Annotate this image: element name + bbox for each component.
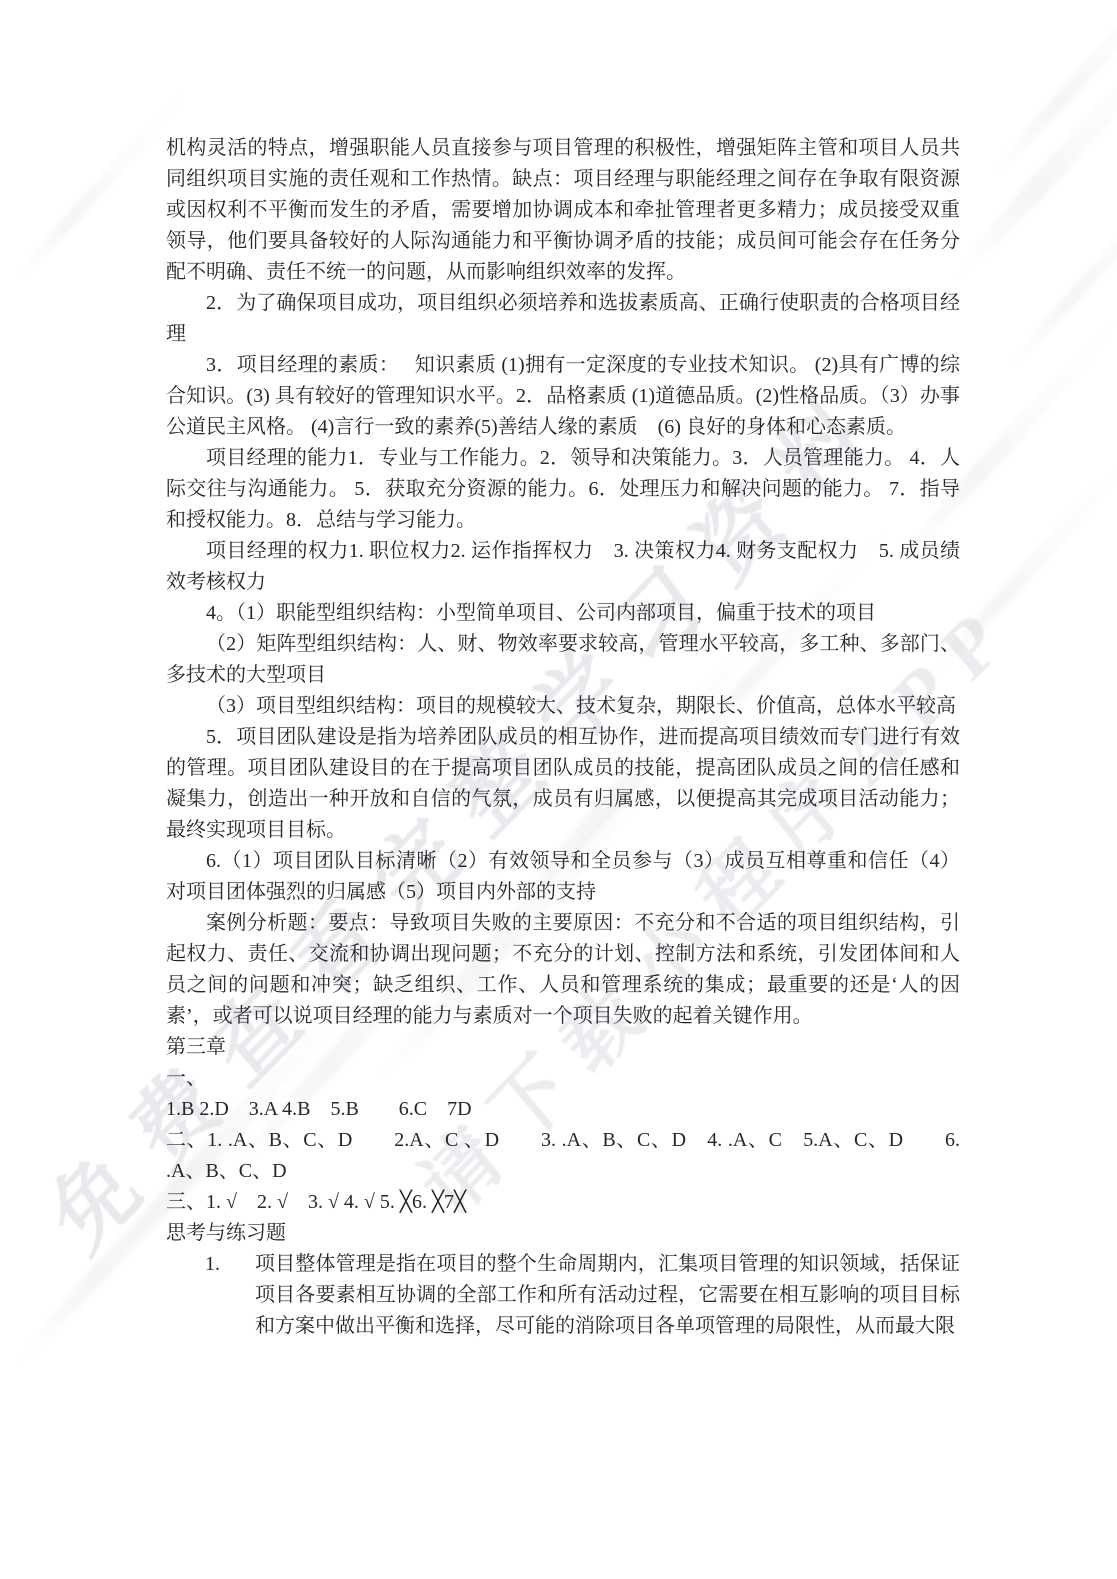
answer-item-6: 6.（1）项目团队目标清晰（2）有效领导和全员参与（3）成员互相尊重和信任（4）… <box>166 846 960 908</box>
true-false-answers: 三、1. √ 2. √ 3. √ 4. √ 5. ╳6. ╳7╳ <box>166 1187 960 1218</box>
answer-item-4-2: （2）矩阵型组织结构：人、财、物效率要求较高，管理水平较高，多工种、多部门、多技… <box>166 629 960 691</box>
think-practice-heading: 思考与练习题 <box>166 1218 960 1249</box>
document-page: 机构灵活的特点，增强职能人员直接参与项目管理的积极性，增强矩阵主管和项目人员共同… <box>166 133 960 1342</box>
answer-item-2: 2．为了确保项目成功，项目组织必须培养和选拔素质高、正确行使职责的合格项目经理 <box>166 288 960 350</box>
paragraph-manager-abilities: 项目经理的能力1．专业与工作能力。2．领导和决策能力。3．人员管理能力。 4．人… <box>166 443 960 536</box>
answer-item-5: 5．项目团队建设是指为培养团队成员的相互协作，进而提高项目绩效而专门进行有效的管… <box>166 722 960 846</box>
watermark-streak <box>1001 158 1117 375</box>
exercise-item-1: 1. 项目整体管理是指在项目的整个生命周期内，汇集项目管理的知识领域，括保证项目… <box>166 1249 960 1342</box>
paragraph-continuation: 机构灵活的特点，增强职能人员直接参与项目管理的积极性，增强矩阵主管和项目人员共同… <box>166 133 960 288</box>
chapter-heading: 第三章 <box>166 1032 960 1063</box>
case-analysis-paragraph: 案例分析题：要点：导致项目失败的主要原因：不充分和不合适的项目组织结构，引起权力… <box>166 908 960 1032</box>
answer-item-3: 3．项目经理的素质： 知识素质 (1)拥有一定深度的专业技术知识。 (2)具有广… <box>166 350 960 443</box>
exercise-item-number: 1. <box>205 1249 220 1280</box>
paragraph-manager-powers: 项目经理的权力1. 职位权力2. 运作指挥权力 3. 决策权力4. 财务支配权力… <box>166 536 960 598</box>
watermark-streak <box>984 0 1117 185</box>
multi-choice-answers: 二、1. .A、B、C、D 2.A、C 、D 3. .A、B、C、D 4. .A… <box>166 1125 960 1187</box>
single-choice-answers: 1.B 2.D 3.A 4.B 5.B 6.C 7D <box>166 1094 960 1125</box>
watermark-streak <box>948 17 1117 284</box>
exercise-item-text: 项目整体管理是指在项目的整个生命周期内，汇集项目管理的知识领域，括保证项目各要素… <box>255 1253 960 1337</box>
answer-item-4-3: （3）项目型组织结构：项目的规模较大、技术复杂，期限长、价值高，总体水平较高 <box>166 691 960 722</box>
watermark-streak <box>8 86 192 289</box>
answer-item-4-1: 4。（1）职能型组织结构：小型简单项目、公司内部项目，偏重于技术的项目 <box>166 598 960 629</box>
section-one-label: 一、 <box>166 1063 960 1094</box>
